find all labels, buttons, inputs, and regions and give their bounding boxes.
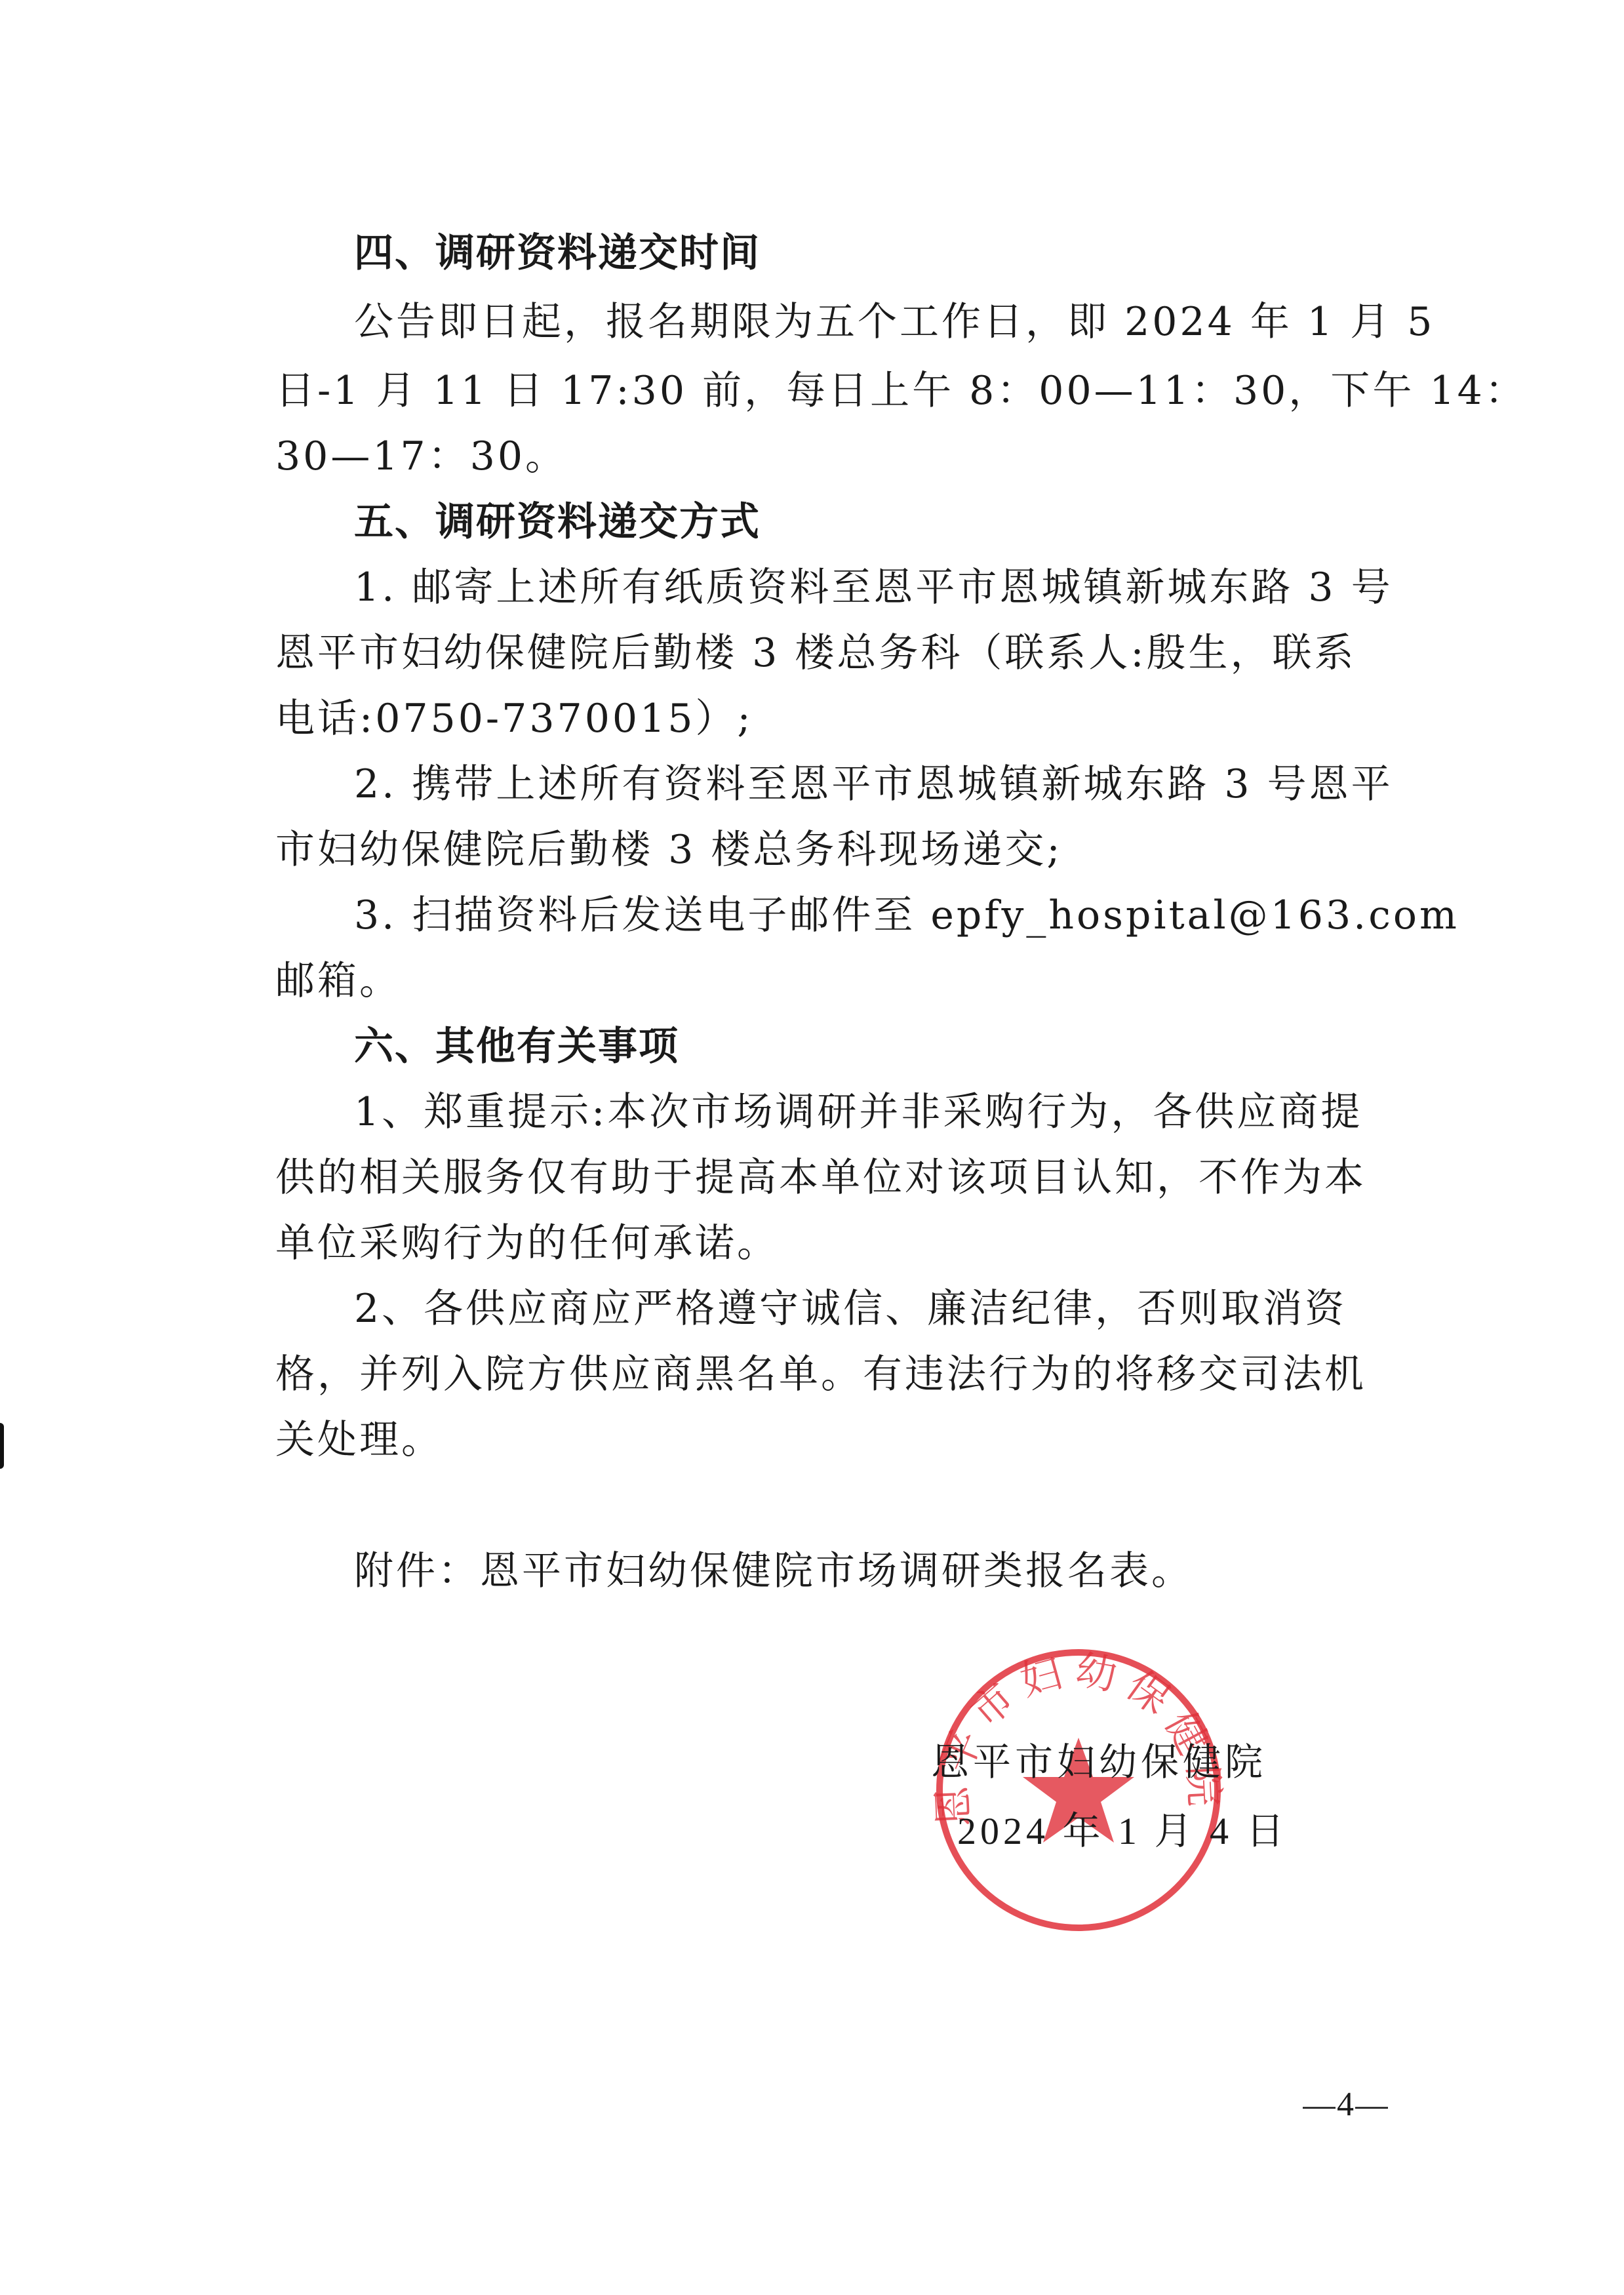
scan-edge-mark: [0, 1423, 4, 1469]
paragraph-line: 1、郑重提示:本次市场调研并非采购行为，各供应商提: [354, 1088, 1362, 1136]
paragraph-line: 电话:0750-7370015）;: [275, 695, 753, 742]
section-4-heading: 四、调研资料递交时间: [354, 229, 761, 277]
signature-date: 2024 年 1 月 4 日: [957, 1800, 1288, 1855]
paragraph-line: 30—17：30。: [275, 433, 567, 480]
paragraph-line: 市妇幼保健院后勤楼 3 楼总务科现场递交;: [275, 826, 1063, 873]
section-5-heading: 五、调研资料递交方式: [354, 498, 761, 546]
paragraph-line: 1. 邮寄上述所有纸质资料至恩平市恩城镇新城东路 3 号: [354, 564, 1393, 611]
signature-org: 恩平市妇幼保健院: [931, 1731, 1267, 1786]
paragraph-line: 单位采购行为的任何承诺。: [275, 1220, 779, 1267]
attachment-note: 附件：恩平市妇幼保健院市场调研类报名表。: [354, 1547, 1193, 1595]
official-seal-icon: 恩平市妇幼保健院: [931, 1646, 1226, 1934]
paragraph-line: 格，并列入院方供应商黑名单。有违法行为的将移交司法机: [275, 1351, 1366, 1398]
paragraph-line: 日-1 月 11 日 17:30 前，每日上午 8：00—11：30，下午 14…: [275, 367, 1527, 414]
paragraph-line: 恩平市妇幼保健院后勤楼 3 楼总务科（联系人:殷生，联系: [275, 629, 1357, 677]
paragraph-line: 供的相关服务仅有助于提高本单位对该项目认知，不作为本: [275, 1154, 1366, 1201]
paragraph-line: 2、各供应商应严格遵守诚信、廉洁纪律，否则取消资: [354, 1285, 1347, 1332]
paragraph-line: 公告即日起，报名期限为五个工作日，即 2024 年 1 月 5: [354, 298, 1435, 346]
paragraph-line: 邮箱。: [275, 957, 401, 1005]
section-6-heading: 六、其他有关事项: [354, 1023, 679, 1070]
page-number: 4: [1301, 2085, 1389, 2124]
paragraph-line: 3. 扫描资料后发送电子邮件至 epfy_hospital@163.com: [354, 892, 1459, 939]
paragraph-line: 2. 携带上述所有资料至恩平市恩城镇新城东路 3 号恩平: [354, 761, 1393, 808]
paragraph-line: 关处理。: [275, 1416, 443, 1464]
